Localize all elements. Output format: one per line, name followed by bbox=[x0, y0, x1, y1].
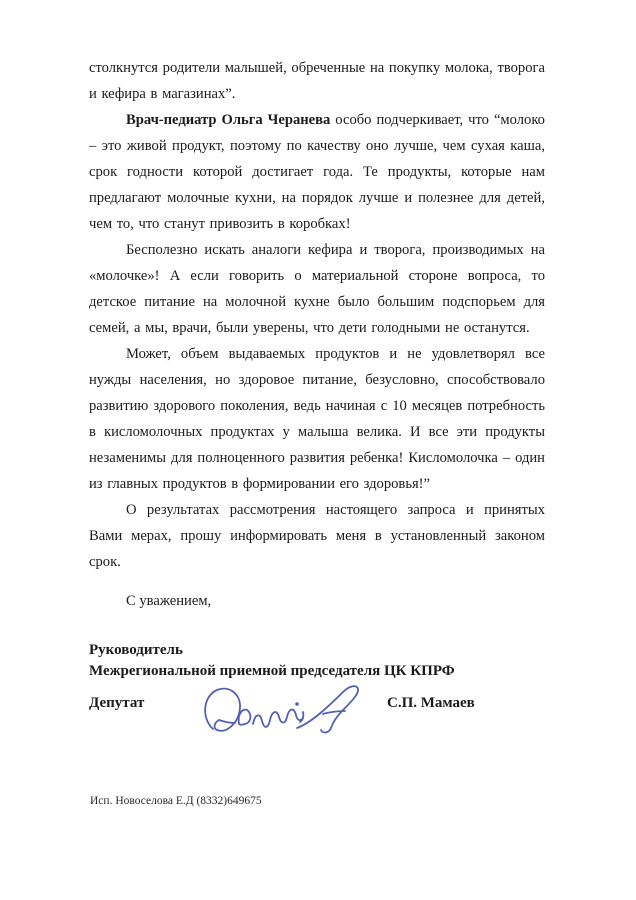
paragraph: Бесполезно искать аналоги кефира и творо… bbox=[89, 237, 545, 341]
paragraph: О результатах рассмотрения настоящего за… bbox=[89, 497, 545, 575]
handwritten-signature-icon bbox=[193, 682, 368, 752]
signer-title-block: Руководитель Межрегиональной приемной пр… bbox=[89, 640, 545, 682]
paragraph: Врач-педиатр Ольга Черанева особо подчер… bbox=[89, 107, 545, 237]
paragraph: столкнутся родители малышей, обреченные … bbox=[89, 55, 545, 107]
letter-body: столкнутся родители малышей, обреченные … bbox=[89, 55, 545, 714]
executor-footer: Исп. Новоселова Е.Д (8332)649675 bbox=[90, 794, 262, 808]
signer-title-line2: Межрегиональной приемной председателя ЦК… bbox=[89, 661, 545, 682]
document-page: столкнутся родители малышей, обреченные … bbox=[0, 0, 636, 900]
signer-position: Депутат bbox=[89, 695, 144, 711]
signer-title-line1: Руководитель bbox=[89, 640, 545, 661]
paragraph: Может, объем выдаваемых продуктов и не у… bbox=[89, 341, 545, 497]
signer-name: С.П. Мамаев bbox=[387, 693, 475, 714]
paragraph-text: особо подчеркивает, что “молоко – это жи… bbox=[89, 112, 545, 232]
bold-lead-name: Врач-педиатр Ольга Черанева bbox=[126, 112, 330, 128]
letter-paragraphs: столкнутся родители малышей, обреченные … bbox=[89, 55, 545, 575]
closing-salutation: С уважением, bbox=[89, 588, 545, 614]
